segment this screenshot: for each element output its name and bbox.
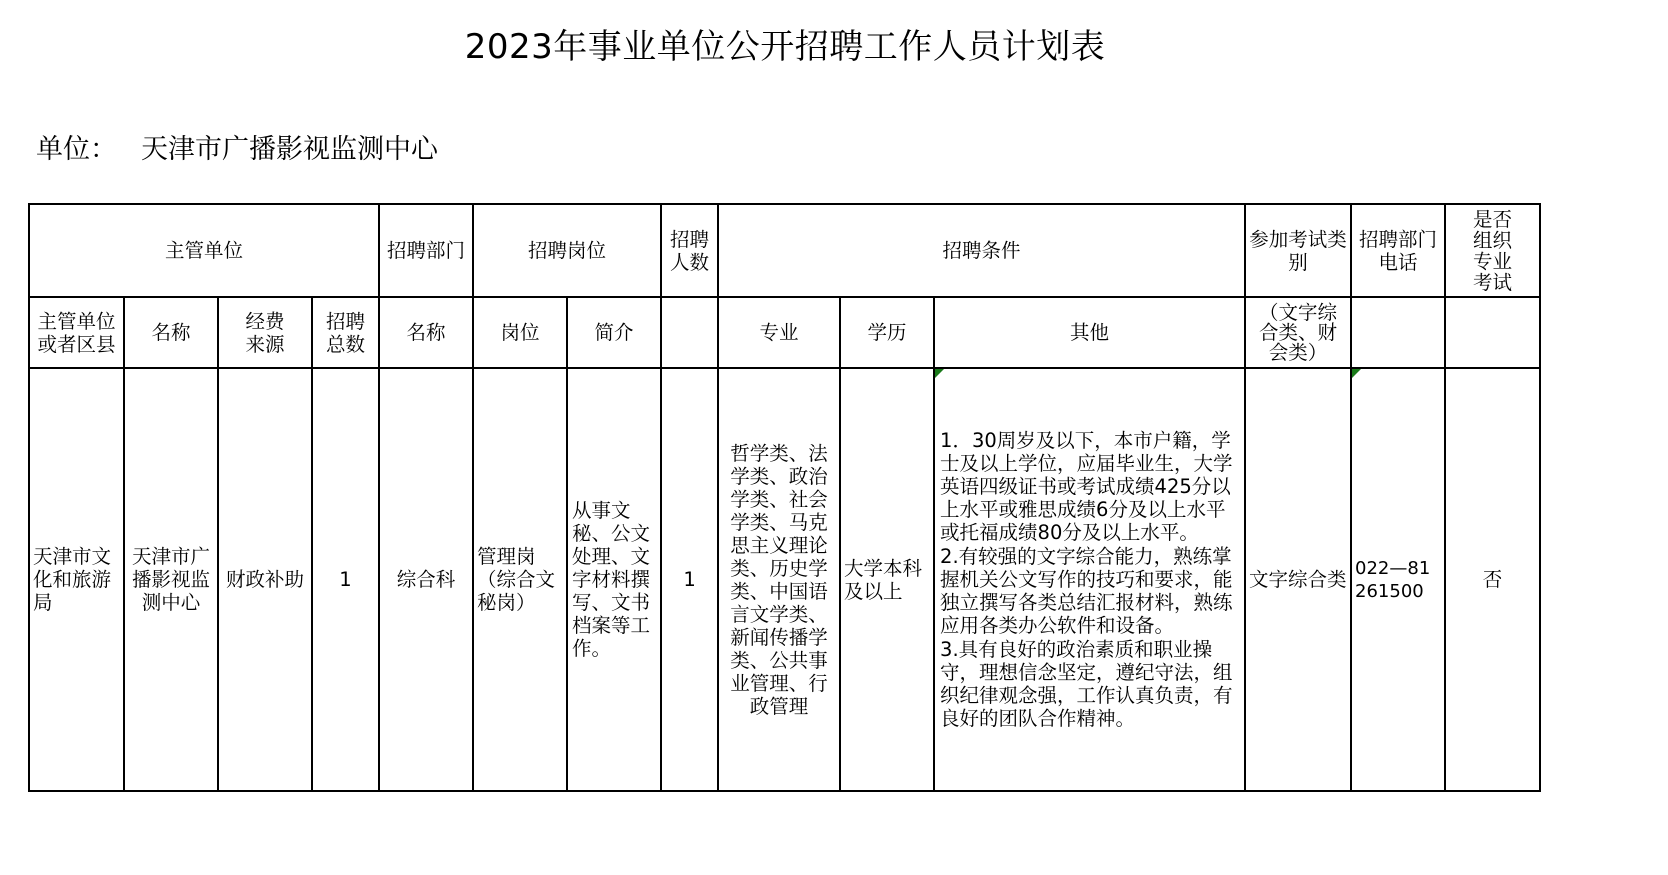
header-row-1: 主管单位 招聘部门 招聘岗位 招聘人数 招聘条件 参加考试类别 招聘部门电话 是…: [29, 204, 1540, 297]
cell-supervisor: 天津市文化和旅游局: [29, 368, 124, 791]
unit-name: 天津市广播影视监测中心: [141, 134, 438, 165]
condition-item-2: 2.有较强的文字综合能力，熟练掌握机关公文写作的技巧和要求，能独立撰写各类总结汇…: [940, 545, 1239, 638]
header-recruit-count: 招聘人数: [661, 204, 718, 297]
header-name: 名称: [124, 297, 218, 368]
header-education: 学历: [840, 297, 934, 368]
header-major: 专业: [718, 297, 840, 368]
header-description: 简介: [567, 297, 661, 368]
header-dept-phone-sub: [1351, 297, 1445, 368]
phone-number: 022—81261500: [1355, 558, 1430, 602]
cell-education: 大学本科及以上: [840, 368, 934, 791]
other-conditions: 1．30周岁及以下，本市户籍，学士及以上学位，应届毕业生，大学英语四级证书或考试…: [940, 429, 1239, 731]
header-dept-name: 名称: [379, 297, 473, 368]
header-conditions-group: 招聘条件: [718, 204, 1245, 297]
header-row-2: 主管单位或者区县 名称 经费来源 招聘总数 名称 岗位 简介 专业 学历 其他 …: [29, 297, 1540, 368]
header-recruit-dept: 招聘部门: [379, 204, 473, 297]
cell-professional-exam: 否: [1445, 368, 1540, 791]
cell-major: 哲学类、法学类、政治学类、社会学类、马克思主义理论类、历史学类、中国语言文学类、…: [718, 368, 840, 791]
header-professional-exam-sub: [1445, 297, 1540, 368]
comment-marker-icon[interactable]: [935, 369, 944, 378]
header-recruit-count-sub: [661, 297, 718, 368]
cell-other: 1．30周岁及以下，本市户籍，学士及以上学位，应届毕业生，大学英语四级证书或考试…: [934, 368, 1245, 791]
page-title: 2023年事业单位公开招聘工作人员计划表: [0, 24, 1570, 70]
header-professional-exam: 是否组织专业考试: [1445, 204, 1540, 297]
cell-unit-name: 天津市广播影视监测中心: [124, 368, 218, 791]
cell-total: 1: [312, 368, 379, 791]
header-supervisor-or-district: 主管单位或者区县: [29, 297, 124, 368]
header-total-recruit: 招聘总数: [312, 297, 379, 368]
recruitment-plan-table: 主管单位 招聘部门 招聘岗位 招聘人数 招聘条件 参加考试类别 招聘部门电话 是…: [28, 203, 1541, 792]
cell-exam-category: 文字综合类: [1245, 368, 1351, 791]
header-exam-category: 参加考试类别: [1245, 204, 1351, 297]
cell-post: 管理岗（综合文秘岗）: [473, 368, 567, 791]
condition-item-3: 3.具有良好的政治素质和职业操守，理想信念坚定，遵纪守法，组织纪律观念强，工作认…: [940, 638, 1239, 731]
condition-item-1: 1．30周岁及以下，本市户籍，学士及以上学位，应届毕业生，大学英语四级证书或考试…: [940, 429, 1239, 545]
header-dept-phone: 招聘部门电话: [1351, 204, 1445, 297]
table-row: 天津市文化和旅游局 天津市广播影视监测中心 财政补助 1 综合科 管理岗（综合文…: [29, 368, 1540, 791]
header-post: 岗位: [473, 297, 567, 368]
cell-phone: 022—81261500: [1351, 368, 1445, 791]
cell-description: 从事文秘、公文处理、文字材料撰写、文书档案等工作。: [567, 368, 661, 791]
cell-count: 1: [661, 368, 718, 791]
header-supervisor-group: 主管单位: [29, 204, 379, 297]
comment-marker-icon[interactable]: [1352, 369, 1361, 378]
header-exam-category-note: （文字综合类、财会类）: [1245, 297, 1351, 368]
header-other: 其他: [934, 297, 1245, 368]
header-recruit-post-group: 招聘岗位: [473, 204, 661, 297]
unit-line: 单位：天津市广播影视监测中心: [36, 132, 438, 168]
header-funding-source: 经费来源: [218, 297, 312, 368]
cell-funding: 财政补助: [218, 368, 312, 791]
unit-label: 单位：: [36, 134, 117, 165]
cell-dept-name: 综合科: [379, 368, 473, 791]
